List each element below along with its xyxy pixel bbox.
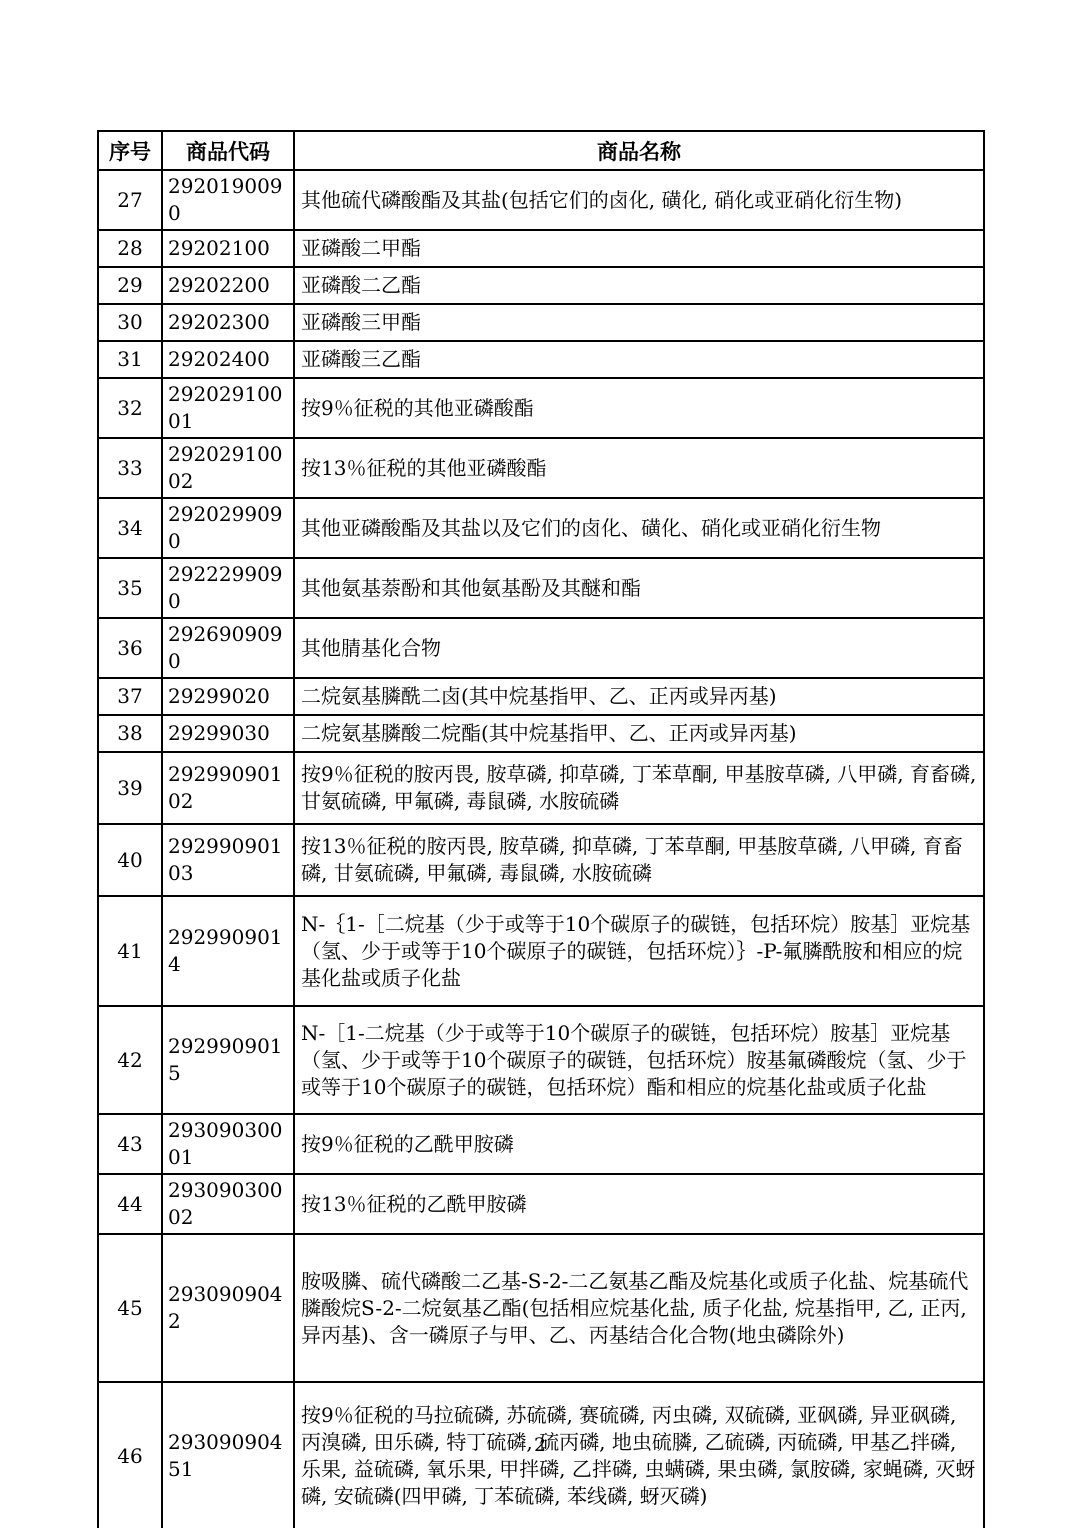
row-code-cell: 29202200 bbox=[162, 267, 294, 304]
table-row: 3829299030二烷氨基膦酸二烷酯(其中烷基指甲、乙、正丙或异丙基) bbox=[98, 715, 984, 752]
row-index-cell: 32 bbox=[98, 378, 162, 438]
header-code: 商品代码 bbox=[162, 131, 294, 170]
table-row: 4329309030001按9％征税的乙酰甲胺磷 bbox=[98, 1114, 984, 1174]
table-row: 2929202200亚磷酸二乙酯 bbox=[98, 267, 984, 304]
row-code-cell: 29299090103 bbox=[162, 824, 294, 896]
table-row: 3729299020二烷氨基膦酰二卤(其中烷基指甲、乙、正丙或异丙基) bbox=[98, 678, 984, 715]
row-index-cell: 44 bbox=[98, 1174, 162, 1234]
row-index-cell: 35 bbox=[98, 558, 162, 618]
row-code-cell: 2922299090 bbox=[162, 558, 294, 618]
row-name-cell: 按9％征税的乙酰甲胺磷 bbox=[294, 1114, 984, 1174]
row-index-cell: 40 bbox=[98, 824, 162, 896]
table-row: 422929909015N-［1-二烷基（少于或等于10个碳原子的碳链，包括环烷… bbox=[98, 1006, 984, 1114]
row-name-cell: 按9％征税的胺丙畏, 胺草磷, 抑草磷, 丁苯草酮, 甲基胺草磷, 八甲磷, 育… bbox=[294, 752, 984, 824]
row-code-cell: 29299030 bbox=[162, 715, 294, 752]
row-code-cell: 29202910001 bbox=[162, 378, 294, 438]
row-code-cell: 2930909042 bbox=[162, 1234, 294, 1382]
row-code-cell: 29202400 bbox=[162, 341, 294, 378]
header-name: 商品名称 bbox=[294, 131, 984, 170]
row-index-cell: 45 bbox=[98, 1234, 162, 1382]
table-row: 342920299090其他亚磷酸酯及其盐以及它们的卤化、磺化、硝化或亚硝化衍生… bbox=[98, 498, 984, 558]
table-row: 272920190090其他硫代磷酸酯及其盐(包括它们的卤化, 磺化, 硝化或亚… bbox=[98, 170, 984, 230]
row-name-cell: 按13％征税的其他亚磷酸酯 bbox=[294, 438, 984, 498]
row-name-cell: 二烷氨基膦酰二卤(其中烷基指甲、乙、正丙或异丙基) bbox=[294, 678, 984, 715]
row-name-cell: 亚磷酸二甲酯 bbox=[294, 230, 984, 267]
row-name-cell: 按13％征税的乙酰甲胺磷 bbox=[294, 1174, 984, 1234]
header-row: 序号 商品代码 商品名称 bbox=[98, 131, 984, 170]
row-name-cell: 其他腈基化合物 bbox=[294, 618, 984, 678]
row-name-cell: 其他硫代磷酸酯及其盐(包括它们的卤化, 磺化, 硝化或亚硝化衍生物) bbox=[294, 170, 984, 230]
row-index-cell: 28 bbox=[98, 230, 162, 267]
table-row: 4029299090103按13％征税的胺丙畏, 胺草磷, 抑草磷, 丁苯草酮,… bbox=[98, 824, 984, 896]
row-code-cell: 2929909015 bbox=[162, 1006, 294, 1114]
row-name-cell: 按13％征税的胺丙畏, 胺草磷, 抑草磷, 丁苯草酮, 甲基胺草磷, 八甲磷, … bbox=[294, 824, 984, 896]
table-row: 3129202400亚磷酸三乙酯 bbox=[98, 341, 984, 378]
row-index-cell: 27 bbox=[98, 170, 162, 230]
row-name-cell: N-［1-二烷基（少于或等于10个碳原子的碳链，包括环烷）胺基］亚烷基（氢、少于… bbox=[294, 1006, 984, 1114]
row-index-cell: 30 bbox=[98, 304, 162, 341]
row-code-cell: 29299020 bbox=[162, 678, 294, 715]
table-row: 3929299090102按9％征税的胺丙畏, 胺草磷, 抑草磷, 丁苯草酮, … bbox=[98, 752, 984, 824]
row-name-cell: 亚磷酸三甲酯 bbox=[294, 304, 984, 341]
row-index-cell: 38 bbox=[98, 715, 162, 752]
row-code-cell: 29202100 bbox=[162, 230, 294, 267]
row-name-cell: 按9％征税的其他亚磷酸酯 bbox=[294, 378, 984, 438]
table-header: 序号 商品代码 商品名称 bbox=[98, 131, 984, 170]
table-row: 452930909042胺吸膦、硫代磷酸二乙基-S-2-二乙氨基乙酯及烷基化或质… bbox=[98, 1234, 984, 1382]
table-row: 3229202910001按9％征税的其他亚磷酸酯 bbox=[98, 378, 984, 438]
page-number: 2 bbox=[0, 1434, 1080, 1456]
table-row: 352922299090其他氨基萘酚和其他氨基酚及其醚和酯 bbox=[98, 558, 984, 618]
row-name-cell: 亚磷酸二乙酯 bbox=[294, 267, 984, 304]
row-name-cell: 其他亚磷酸酯及其盐以及它们的卤化、磺化、硝化或亚硝化衍生物 bbox=[294, 498, 984, 558]
table-row: 4429309030002按13％征税的乙酰甲胺磷 bbox=[98, 1174, 984, 1234]
table-body: 272920190090其他硫代磷酸酯及其盐(包括它们的卤化, 磺化, 硝化或亚… bbox=[98, 170, 984, 1528]
row-index-cell: 41 bbox=[98, 896, 162, 1006]
row-index-cell: 29 bbox=[98, 267, 162, 304]
table-row: 412929909014N-｛1-［二烷基（少于或等于10个碳原子的碳链，包括环… bbox=[98, 896, 984, 1006]
row-code-cell: 29202910002 bbox=[162, 438, 294, 498]
row-code-cell: 29309030001 bbox=[162, 1114, 294, 1174]
row-code-cell: 2926909090 bbox=[162, 618, 294, 678]
row-code-cell: 2929909014 bbox=[162, 896, 294, 1006]
row-index-cell: 39 bbox=[98, 752, 162, 824]
row-index-cell: 31 bbox=[98, 341, 162, 378]
row-index-cell: 43 bbox=[98, 1114, 162, 1174]
row-name-cell: 其他氨基萘酚和其他氨基酚及其醚和酯 bbox=[294, 558, 984, 618]
row-name-cell: 亚磷酸三乙酯 bbox=[294, 341, 984, 378]
table-row: 3029202300亚磷酸三甲酯 bbox=[98, 304, 984, 341]
row-name-cell: 胺吸膦、硫代磷酸二乙基-S-2-二乙氨基乙酯及烷基化或质子化盐、烷基硫代膦酸烷S… bbox=[294, 1234, 984, 1382]
header-index: 序号 bbox=[98, 131, 162, 170]
row-index-cell: 33 bbox=[98, 438, 162, 498]
table-row: 3329202910002按13％征税的其他亚磷酸酯 bbox=[98, 438, 984, 498]
row-code-cell: 29299090102 bbox=[162, 752, 294, 824]
row-code-cell: 2920190090 bbox=[162, 170, 294, 230]
table-row: 362926909090其他腈基化合物 bbox=[98, 618, 984, 678]
row-code-cell: 29202300 bbox=[162, 304, 294, 341]
table-row: 2829202100亚磷酸二甲酯 bbox=[98, 230, 984, 267]
row-index-cell: 34 bbox=[98, 498, 162, 558]
row-name-cell: N-｛1-［二烷基（少于或等于10个碳原子的碳链，包括环烷）胺基］亚烷基（氢、少… bbox=[294, 896, 984, 1006]
row-code-cell: 29309030002 bbox=[162, 1174, 294, 1234]
row-name-cell: 二烷氨基膦酸二烷酯(其中烷基指甲、乙、正丙或异丙基) bbox=[294, 715, 984, 752]
row-index-cell: 36 bbox=[98, 618, 162, 678]
document-page: 序号 商品代码 商品名称 272920190090其他硫代磷酸酯及其盐(包括它们… bbox=[0, 0, 1080, 1528]
row-index-cell: 37 bbox=[98, 678, 162, 715]
row-index-cell: 42 bbox=[98, 1006, 162, 1114]
row-code-cell: 2920299090 bbox=[162, 498, 294, 558]
commodity-table: 序号 商品代码 商品名称 272920190090其他硫代磷酸酯及其盐(包括它们… bbox=[97, 130, 985, 1528]
